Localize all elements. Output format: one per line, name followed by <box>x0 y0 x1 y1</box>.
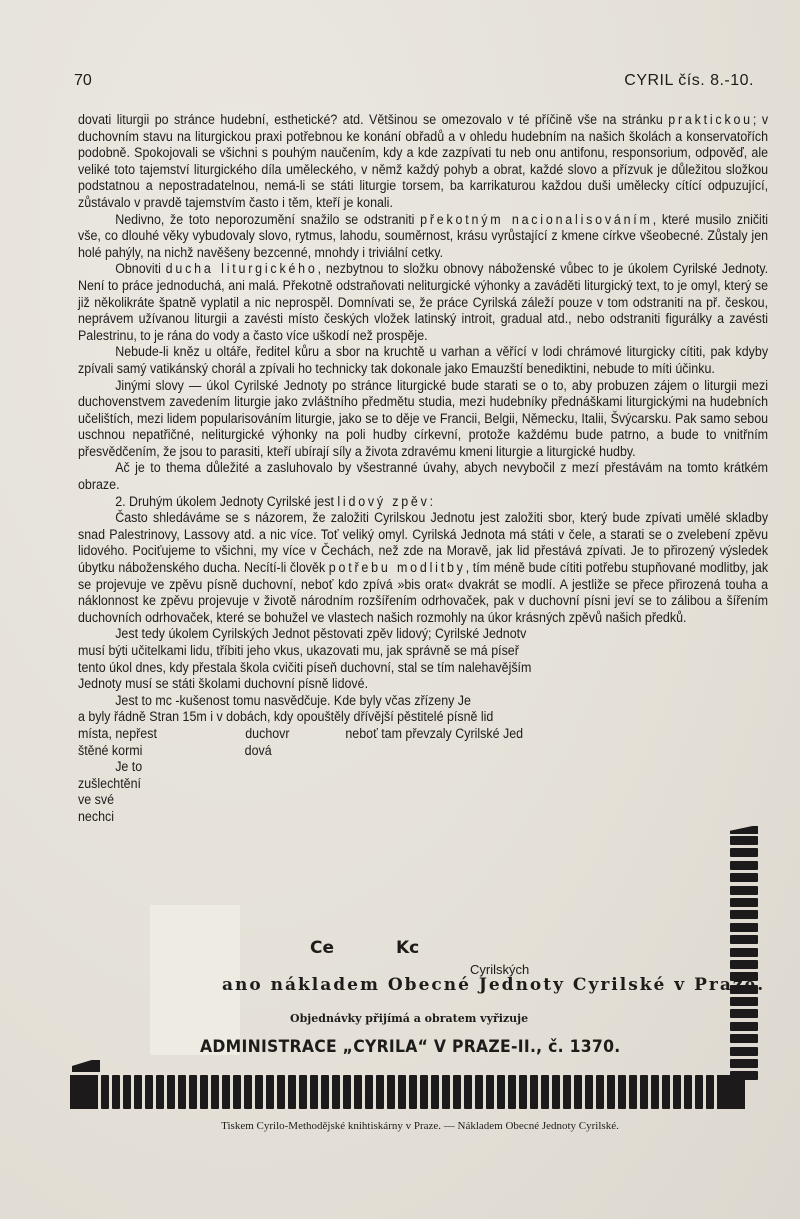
magazine-page: 70 CYRIL čís. 8.-10. dovati liturgii po … <box>0 0 800 1219</box>
ad-order-note: Objednávky přijímá a obratem vyřizuje <box>290 1012 528 1025</box>
decorative-border-right <box>730 836 758 1084</box>
page-header: 70 CYRIL čís. 8.-10. <box>74 72 754 94</box>
paragraph: Obnoviti ducha liturgického, nezbytnou t… <box>78 261 768 344</box>
emphasis: překotným nacionalisováním <box>420 212 653 227</box>
emphasis: potřebu modlitby <box>329 560 466 575</box>
section-heading: 2. Druhým úkolem Jednoty Cyrilské jest l… <box>78 494 768 511</box>
paragraph-truncated: Jest tedy úkolem Cyrilských Jednot pěsto… <box>78 626 729 825</box>
emphasis: lidový zpěv <box>337 494 429 509</box>
decorative-border-bottom <box>70 1075 758 1109</box>
emphasis: praktickou <box>668 112 753 127</box>
emphasis: ducha liturgického <box>166 261 318 276</box>
ad-administration: ADMINISTRACE „CYRILA“ V PRAZE-II., č. 13… <box>200 1037 620 1057</box>
paragraph: Často shledáváme se s názorem, že založi… <box>78 510 768 626</box>
paragraph: Nedivno, že toto neporozumění snažilo se… <box>78 212 768 262</box>
running-head: CYRIL čís. 8.-10. <box>624 72 754 90</box>
ad-fragment: Kc <box>396 938 419 958</box>
article-body: dovati liturgii po stránce hudební, esth… <box>78 112 768 826</box>
paragraph: dovati liturgii po stránce hudební, esth… <box>78 112 768 212</box>
ad-publisher: ano nákladem Obecné Jednoty Cyrilské v P… <box>222 975 765 995</box>
paragraph: Ač je to thema důležité a zasluhovalo by… <box>78 460 768 493</box>
border-ornament <box>730 826 758 834</box>
ad-fragment: Ce <box>310 938 334 958</box>
paragraph: Jinými slovy — úkol Cyrilské Jednoty po … <box>78 378 768 461</box>
page-number: 70 <box>74 72 92 90</box>
border-ornament <box>72 1060 100 1072</box>
printer-imprint: Tiskem Cyrilo-Methodějské knihtiskárny v… <box>0 1120 800 1132</box>
paragraph: Nebude-li kněz u oltáře, ředitel kůru a … <box>78 344 768 377</box>
